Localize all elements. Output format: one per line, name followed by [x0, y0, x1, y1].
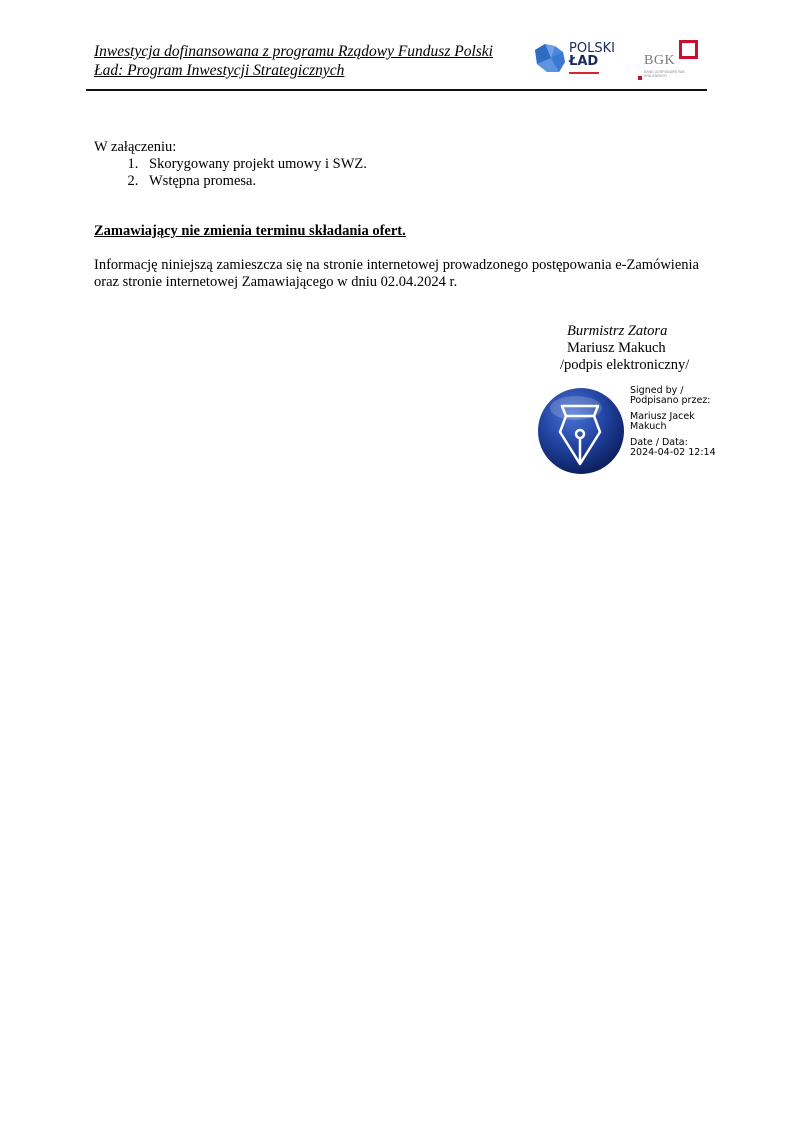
polski-lad-line2: ŁAD [569, 55, 615, 68]
bgk-name: BGK [644, 53, 675, 69]
signature-note: /podpis elektroniczny/ [560, 357, 689, 374]
polski-lad-logo: POLSKI ŁAD [533, 40, 623, 80]
header-divider [86, 89, 707, 91]
polski-lad-map-icon [533, 42, 567, 74]
attachment-item: Wstępna promesa. [142, 173, 367, 190]
attachments-list: Skorygowany projekt umowy i SWZ. Wstępna… [94, 156, 367, 190]
header-title-line1: Inwestycja dofinansowana z programu Rząd… [94, 42, 493, 61]
bgk-dot-icon [638, 76, 642, 80]
deadline-notice: Zamawiający nie zmienia terminu składani… [94, 223, 406, 240]
attachments-label: W załączeniu: [94, 139, 367, 156]
electronic-signature-stamp: Signed by / Podpisano przez: Mariusz Jac… [536, 386, 736, 478]
bgk-square-icon [679, 40, 698, 59]
bgk-logo: BGK BANK GOSPODARSTWA KRAJOWEGO [636, 38, 706, 84]
attachment-item: Skorygowany projekt umowy i SWZ. [142, 156, 367, 173]
polski-lad-flag-bar [569, 71, 599, 74]
signature-block: Burmistrz Zatora Mariusz Makuch /podpis … [560, 323, 689, 374]
publication-info: Informację niniejszą zamieszcza się na s… [94, 257, 699, 291]
bgk-subtitle: BANK GOSPODARSTWA KRAJOWEGO [644, 70, 704, 78]
esig-signed-by-label: Signed by / Podpisano przez: [630, 386, 725, 406]
esig-signer: Mariusz Jacek Makuch [630, 412, 710, 432]
polski-lad-text: POLSKI ŁAD [569, 42, 615, 68]
fountain-pen-nib-icon [536, 386, 626, 476]
signer-role: Burmistrz Zatora [560, 323, 689, 340]
attachments-section: W załączeniu: Skorygowany projekt umowy … [94, 139, 367, 190]
header-title: Inwestycja dofinansowana z programu Rząd… [94, 42, 493, 80]
esig-details: Signed by / Podpisano przez: Mariusz Jac… [630, 386, 725, 464]
esig-date-block: Date / Data: 2024-04-02 12:14 [630, 438, 725, 458]
esig-date: 2024-04-02 12:14 [630, 447, 716, 458]
header-title-line2: Ład: Program Inwestycji Strategicznych [94, 61, 493, 80]
signer-name: Mariusz Makuch [560, 340, 689, 357]
